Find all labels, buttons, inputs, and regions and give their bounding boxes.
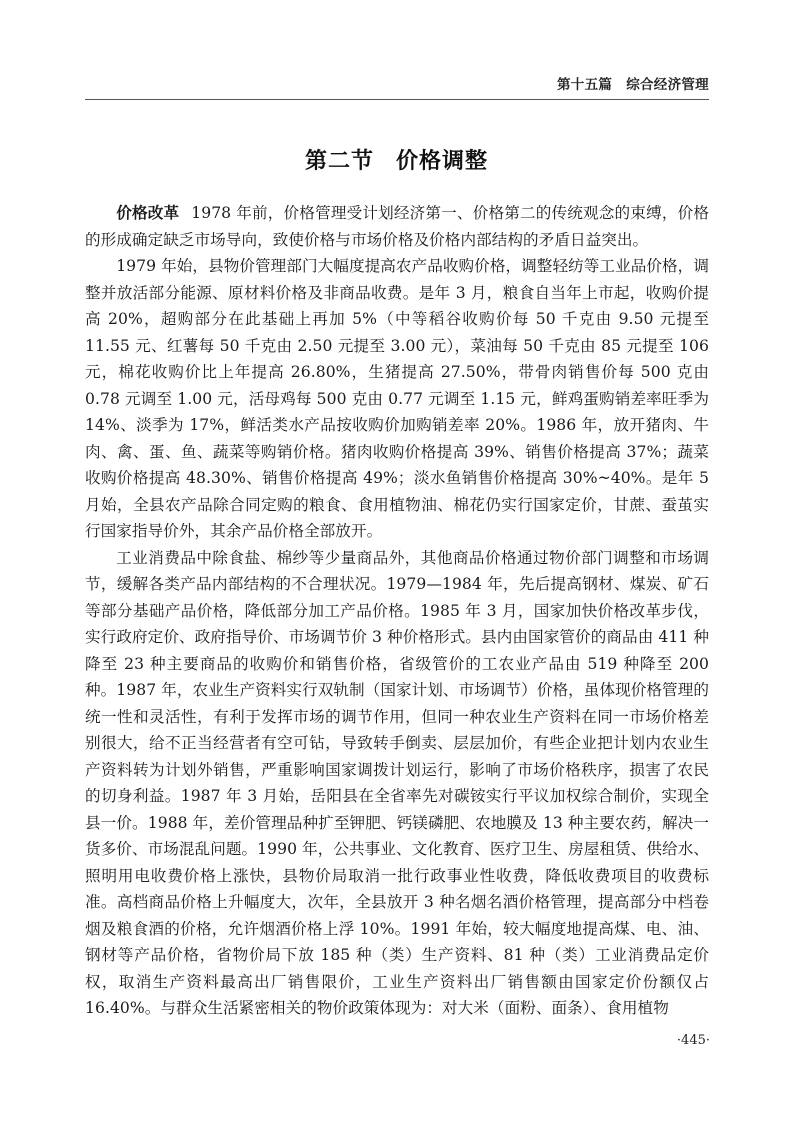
- lead-term: 价格改革: [116, 203, 179, 222]
- header-rule: [85, 99, 709, 100]
- section-number: 第二节: [305, 149, 374, 174]
- paragraph-agricultural-prices: 1979 年始，县物价管理部门大幅度提高农产品收购价格，调整轻纺等工业品价格，调…: [85, 253, 709, 545]
- paragraph-price-reform: 价格改革1978 年前，价格管理受计划经济第一、价格第二的传统观念的束缚，价格的…: [85, 200, 709, 253]
- section-title: 第二节价格调整: [0, 144, 793, 175]
- page-number: ·445·: [660, 1033, 710, 1048]
- body-text: 价格改革1978 年前，价格管理受计划经济第一、价格第二的传统观念的束缚，价格的…: [85, 200, 709, 1022]
- part-title: 综合经济管理: [626, 77, 709, 93]
- running-header: 第十五篇综合经济管理: [85, 73, 709, 93]
- paragraph-industrial-prices: 工业消费品中除食盐、棉纱等少量商品外，其他商品价格通过物价部门调整和市场调节，缓…: [85, 545, 709, 1022]
- section-heading: 价格调整: [396, 149, 488, 174]
- part-label: 第十五篇: [557, 77, 612, 93]
